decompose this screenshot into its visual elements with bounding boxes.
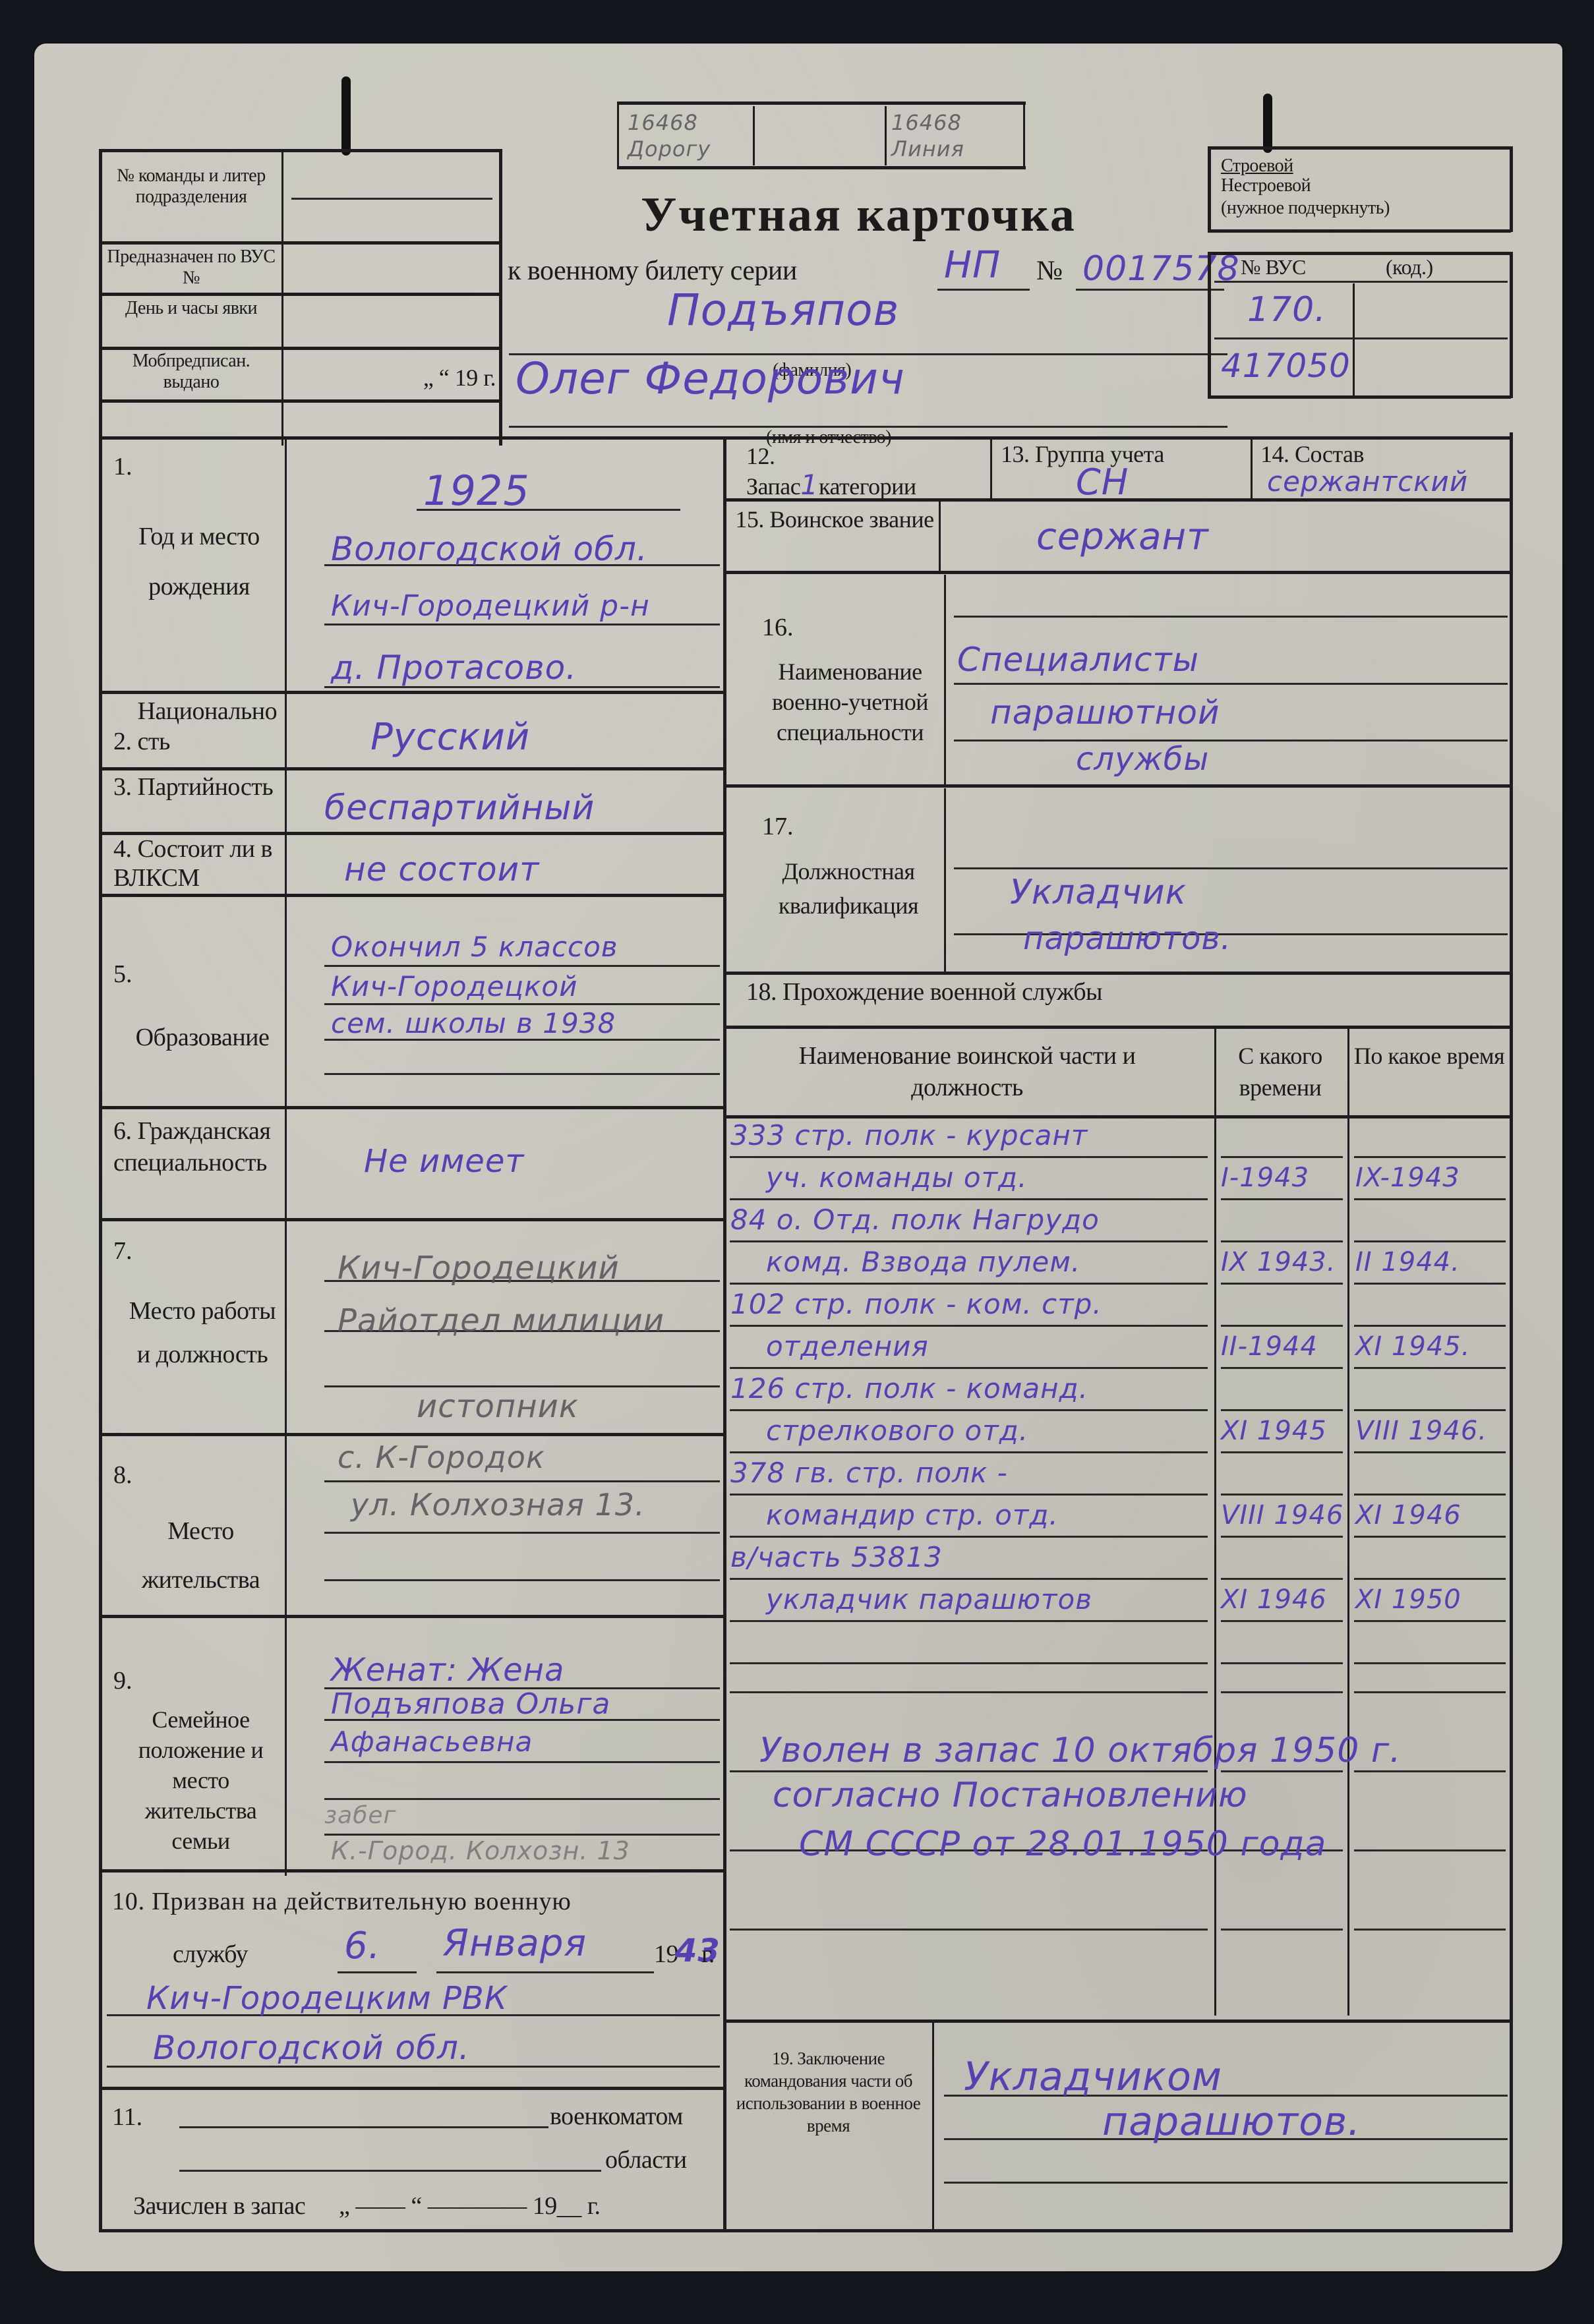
mobilization-issued-label: Мобпредписан. выдано <box>103 351 280 393</box>
birth-place-line-2: Кич-Городецкий р-н <box>331 589 650 623</box>
service-from: XI 1945 <box>1221 1416 1327 1446</box>
field-11-number: 11. <box>112 2103 142 2132</box>
service-unit: 378 гв. стр. полк - <box>730 1457 1008 1489</box>
workplace-line-1: Кич-Городецкий <box>338 1250 620 1287</box>
birth-place-line-1: Вологодской обл. <box>331 530 648 568</box>
service-col-to-header: По какое время <box>1350 1040 1508 1072</box>
civil-specialty-value: Не имеет <box>364 1143 524 1180</box>
residence-line-2: ул. Колхозная 13. <box>351 1487 645 1523</box>
reserve-enrollment-date: „ —— “ ———— 19__ г. <box>339 2193 601 2219</box>
vus-specialty-line-3: службы <box>1076 741 1209 778</box>
wartime-conclusion-label: 19. Заключение командования части об исп… <box>728 2047 929 2137</box>
family-line-5: забег <box>324 1802 396 1829</box>
service-word: службу <box>173 1942 248 1967</box>
military-id-prefix: к военному билету серии <box>508 258 797 283</box>
education-line-3: сем. школы в 1938 <box>331 1007 616 1039</box>
conscription-day: 6. <box>344 1925 380 1967</box>
assigned-vus-label: Предназначен по ВУС № <box>103 247 280 289</box>
rank-label: 15. Воинское звание <box>730 504 939 535</box>
conscription-label: 10. Призван на действительную военную <box>112 1889 719 1914</box>
nationality-label: 2. Национальность <box>113 696 285 757</box>
komsomol-value: не состоит <box>344 850 539 888</box>
composition-label: 14. Состав <box>1260 442 1364 467</box>
field-16-number: 16. <box>762 613 794 642</box>
conscription-place-1: Кич-Городецким РВК <box>146 1980 508 2017</box>
mobilization-issued-value: „ “ 19 г. <box>298 365 496 390</box>
party-value: беспартийный <box>324 788 595 828</box>
birth-place-line-3: д. Протасово. <box>331 649 577 687</box>
surname-value: Подъяпов <box>667 285 899 335</box>
service-from: VIII 1946 <box>1221 1500 1343 1530</box>
field-5-number: 5. <box>113 960 133 989</box>
service-to: XI 1946 <box>1355 1500 1461 1530</box>
vus-value-1: 170. <box>1247 290 1326 330</box>
appearance-day-label: День и часы явки <box>103 298 280 319</box>
workplace-label: Место работы и должность <box>127 1289 278 1376</box>
vus-value-2: 417050 <box>1221 347 1351 385</box>
family-line-1: Женат: Жена <box>331 1652 564 1689</box>
service-to: II 1944. <box>1355 1247 1460 1277</box>
rank-value: сержант <box>1036 515 1209 558</box>
wartime-conclusion-line-2: парашютов. <box>1102 2099 1361 2145</box>
education-label: Образование <box>127 1012 278 1062</box>
qualification-label: Должностная квалификация <box>759 854 937 923</box>
oblast-label: области <box>605 2147 687 2172</box>
conscription-place-2: Вологодской обл. <box>153 2029 470 2067</box>
discharge-line-1: Уволен в запас 10 октября 1950 г. <box>759 1731 1402 1770</box>
conscription-month: Января <box>443 1922 587 1965</box>
archive-stamp-left: 16468 Дорогу <box>628 109 746 162</box>
field-8-number: 8. <box>113 1461 133 1490</box>
field-17-number: 17. <box>762 812 794 841</box>
conscription-year-suffix: г. <box>701 1942 715 1967</box>
workplace-line-2: Райотдел милиции <box>338 1302 664 1339</box>
komsomol-label: 4. Состоит ли в ВЛКСМ <box>113 834 285 892</box>
family-line-3: Афанасьевна <box>331 1726 533 1758</box>
combat-type-option: Строевой <box>1221 156 1293 177</box>
education-line-2: Кич-Городецкой <box>331 970 577 1002</box>
service-unit: укладчик парашютов <box>766 1583 1092 1615</box>
group-value: СН <box>1076 461 1129 503</box>
service-unit: отделения <box>766 1330 929 1362</box>
command-number-label: № команды и литер подразделения <box>103 165 280 208</box>
service-col-from-header: С какого времени <box>1214 1040 1346 1103</box>
discharge-line-3: СМ СССР от 28.01.1950 года <box>799 1824 1326 1864</box>
binder-pin-left <box>341 76 351 156</box>
military-id-number: 0017578 <box>1082 249 1240 289</box>
wartime-conclusion-line-1: Укладчиком <box>964 2054 1222 2100</box>
workplace-line-3: истопник <box>417 1388 579 1425</box>
service-from: II-1944 <box>1221 1331 1318 1362</box>
nationality-value: Русский <box>370 716 530 759</box>
vus-number-header: № ВУС <box>1241 254 1306 279</box>
field-9-number: 9. <box>113 1666 133 1695</box>
service-to: XI 1950 <box>1355 1584 1461 1615</box>
residence-line-1: с. К-Городок <box>338 1439 545 1475</box>
service-unit: стрелкового отд. <box>766 1414 1028 1447</box>
vus-code-header: (код.) <box>1386 254 1433 279</box>
reserve-category-label: 12. Запас1категории <box>746 442 916 501</box>
family-line-2: Подъяпова Ольга <box>331 1687 610 1721</box>
service-unit: 333 стр. полк - курсант <box>730 1119 1088 1151</box>
reserve-category-value: 1 <box>800 469 819 501</box>
field-7-number: 7. <box>113 1236 133 1265</box>
residence-label: Место жительства <box>120 1507 281 1604</box>
service-to: IX-1943 <box>1355 1163 1460 1193</box>
document-title: Учетная карточка <box>641 187 1077 243</box>
service-unit: в/часть 53813 <box>730 1541 943 1573</box>
field-1-number: 1. <box>113 452 133 481</box>
service-col-unit-header: Наименование воинской части и должность <box>766 1040 1168 1103</box>
archive-stamp-right: 16468 Линия <box>891 109 1017 162</box>
voenkomat-label: военкоматом <box>550 2104 683 2129</box>
birth-label: Год и место рождения <box>120 511 278 612</box>
party-label: 3. Партийность <box>113 772 285 801</box>
vus-specialty-line-1: Специалисты <box>957 641 1199 679</box>
service-unit: командир стр. отд. <box>766 1499 1059 1531</box>
service-unit: 102 стр. полк - ком. стр. <box>730 1288 1102 1320</box>
service-unit: 84 о. Отд. полк Нагрудо <box>730 1204 1100 1236</box>
service-section-title: 18. Прохождение военной службы <box>746 979 1102 1004</box>
education-line-1: Окончил 5 классов <box>331 931 618 963</box>
qualification-line-1: Укладчик <box>1010 873 1187 912</box>
family-label: Семейное положение и место жительства се… <box>120 1704 281 1856</box>
service-unit: уч. команды отд. <box>766 1161 1027 1194</box>
discharge-line-2: согласно Постановлению <box>773 1776 1248 1815</box>
registration-card: № команды и литер подразделения Предназн… <box>34 44 1562 2271</box>
service-to: XI 1945. <box>1355 1331 1470 1362</box>
service-from: I-1943 <box>1221 1163 1309 1193</box>
birth-year: 1925 <box>423 467 530 515</box>
military-id-series: НП <box>944 244 1001 287</box>
name-patronymic-value: Олег Федорович <box>516 353 905 404</box>
civil-specialty-label: 6. Гражданская специальность <box>113 1115 285 1178</box>
number-label: № <box>1036 258 1063 283</box>
family-line-6: К.-Город. Колхозн. 13 <box>331 1836 630 1865</box>
service-to: VIII 1946. <box>1355 1416 1487 1446</box>
service-unit: комд. Взвода пулем. <box>766 1246 1080 1278</box>
binder-pin-right <box>1263 94 1272 153</box>
composition-value: сержантский <box>1267 465 1468 498</box>
vus-specialty-label: Наименование военно-учетной специальност… <box>759 656 941 747</box>
vus-specialty-line-2: парашютной <box>990 693 1220 732</box>
service-unit: 126 стр. полк - команд. <box>730 1372 1088 1405</box>
reserve-enrollment-label: Зачислен в запас <box>133 2193 305 2219</box>
qualification-line-2: парашютов. <box>1023 920 1231 957</box>
underline-note: (нужное подчеркнуть) <box>1221 198 1390 219</box>
service-from: XI 1946 <box>1221 1584 1327 1615</box>
service-from: IX 1943. <box>1221 1247 1336 1277</box>
noncombat-type-option: Нестроевой <box>1221 175 1311 196</box>
